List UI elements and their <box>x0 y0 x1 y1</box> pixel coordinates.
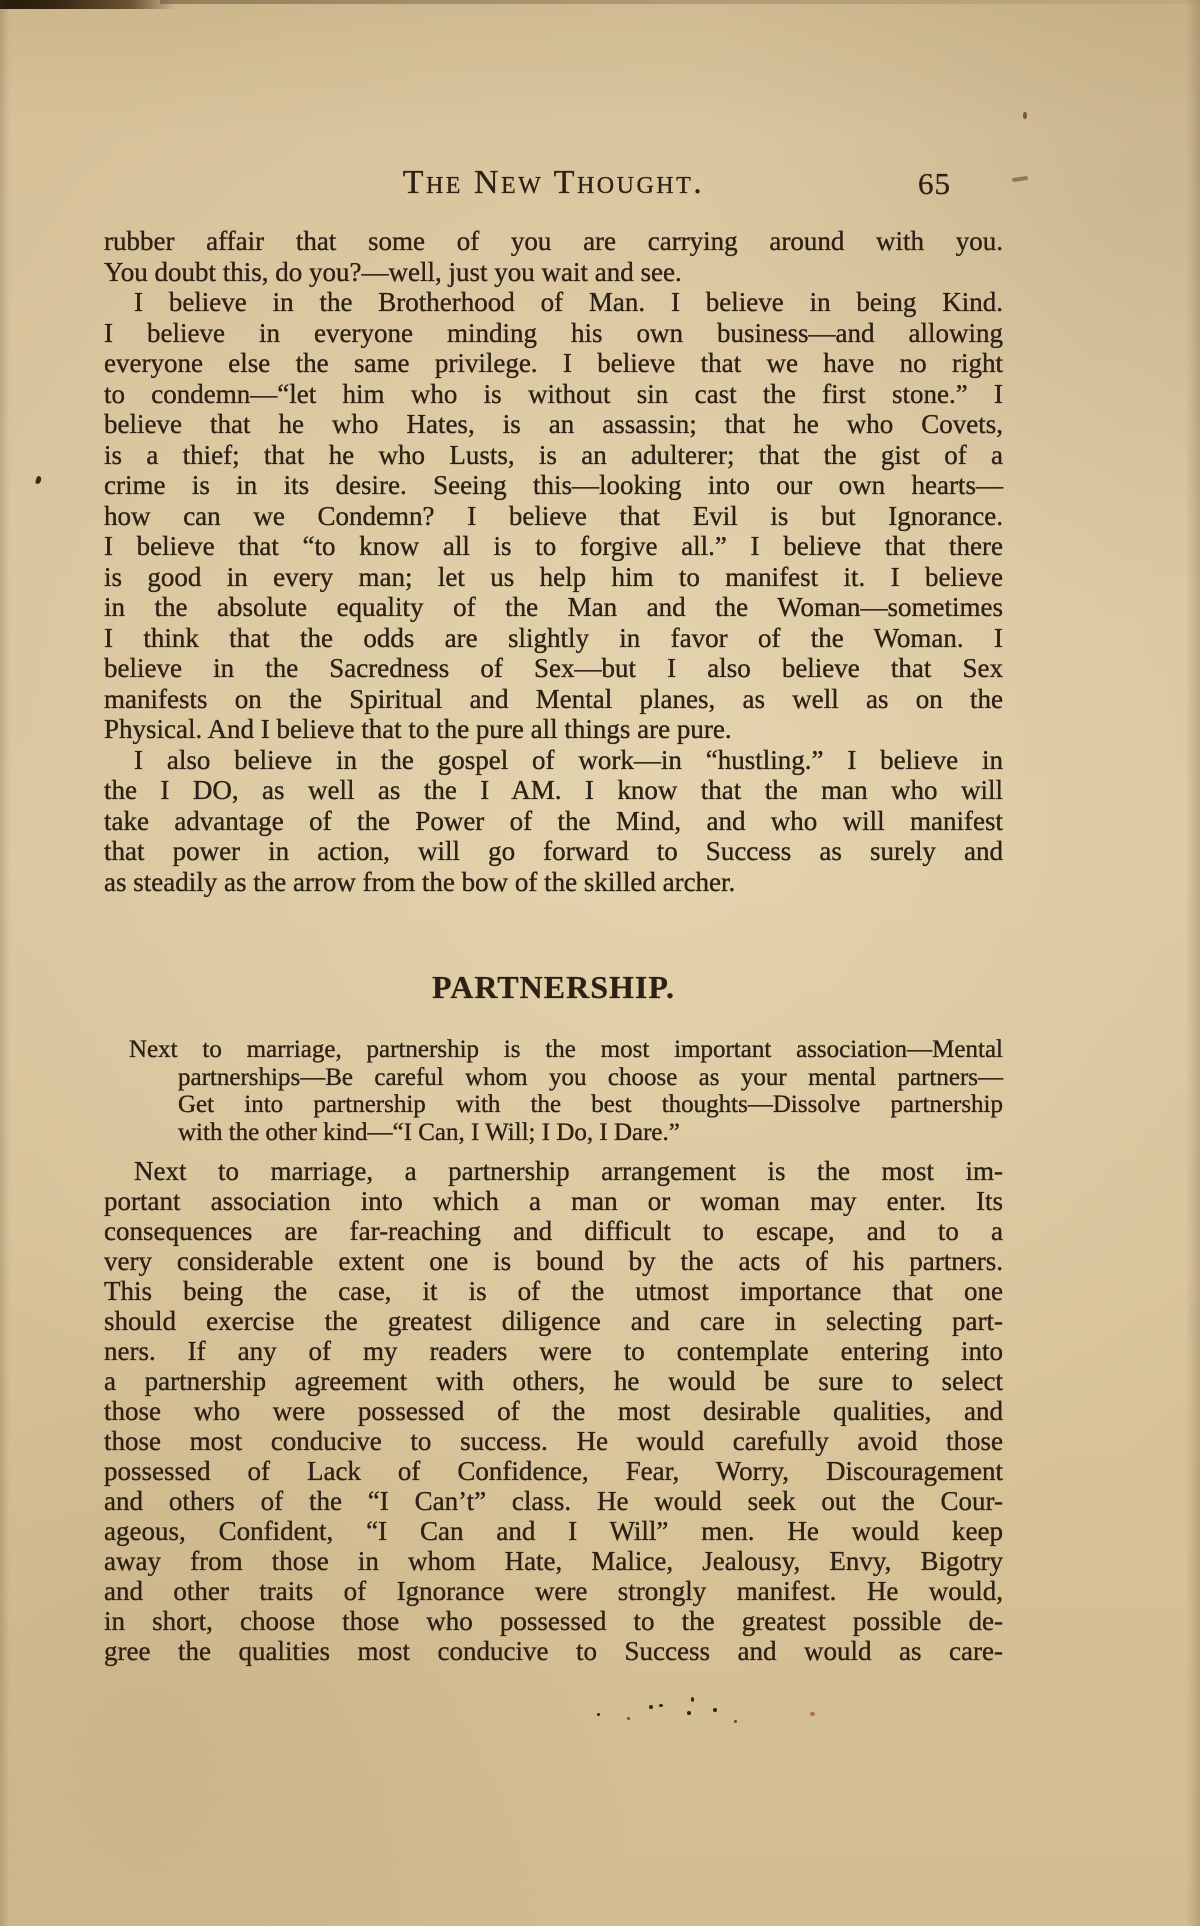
section-heading: PARTNERSHIP. <box>104 971 1003 1003</box>
scan-edge-shadow <box>1186 0 1200 1926</box>
text-line: gree the qualities most conducive to Suc… <box>104 1636 1003 1666</box>
scan-ink-speck <box>627 1717 630 1720</box>
text-line: the I DO, as well as the I AM. I know th… <box>104 775 1003 806</box>
scan-paper-fleck <box>810 1712 815 1716</box>
scan-ink-speck <box>734 1720 737 1723</box>
text-line: and other traits of Ignorance were stron… <box>104 1576 1003 1606</box>
text-line: I think that the odds are slightly in fa… <box>104 623 1003 654</box>
text-line: take advantage of the Power of the Mind,… <box>104 806 1003 837</box>
running-head-title: The New Thought. <box>104 166 1003 200</box>
text-line: You doubt this, do you?—well, just you w… <box>104 257 1003 288</box>
text-line: crime is in its desire. Seeing this—look… <box>104 470 1003 501</box>
summary-line: Next to marriage, partnership is the mos… <box>104 1036 1003 1064</box>
summary-line: partnerships—Be careful whom you choose … <box>104 1064 1003 1092</box>
text-line: that power in action, will go forward to… <box>104 836 1003 867</box>
summary-line: with the other kind—“I Can, I Will; I Do… <box>104 1119 1003 1147</box>
text-line: consequences are far-reaching and diffic… <box>104 1216 1003 1246</box>
text-line: how can we Condemn? I believe that Evil … <box>104 501 1003 532</box>
text-line: a partnership agreement with others, he … <box>104 1366 1003 1396</box>
text-line: is a thief; that he who Lusts, is an adu… <box>104 440 1003 471</box>
text-line: believe that he who Hates, is an assassi… <box>104 409 1003 440</box>
summary-line: Get into partnership with the best thoug… <box>104 1091 1003 1119</box>
text-line: Next to marriage, a partnership arrangem… <box>104 1156 1003 1186</box>
page-number: 65 <box>918 168 951 199</box>
scan-paper-fleck <box>1023 112 1027 119</box>
text-line: as steadily as the arrow from the bow of… <box>104 867 1003 898</box>
text-line: ageous, Confident, “I Can and I Will” me… <box>104 1516 1003 1546</box>
text-line: in short, choose those who possessed to … <box>104 1606 1003 1636</box>
text-line: This being the case, it is of the utmost… <box>104 1276 1003 1306</box>
scan-ink-speck <box>659 1704 663 1707</box>
text-line: to condemn—“let him who is without sin c… <box>104 379 1003 410</box>
page-header: The New Thought. 65 <box>104 166 1003 206</box>
text-line: rubber affair that some of you are carry… <box>104 226 1003 257</box>
scan-edge-artifact <box>0 0 175 9</box>
paragraph-partnership: Next to marriage, a partnership arrangem… <box>104 1156 1003 1666</box>
text-line: everyone else the same privilege. I beli… <box>104 348 1003 379</box>
paragraph-belief: rubber affair that some of you are carry… <box>104 226 1003 897</box>
text-line: away from those in whom Hate, Malice, Je… <box>104 1546 1003 1576</box>
text-line: believe in the Sacredness of Sex—but I a… <box>104 653 1003 684</box>
text-line: those most conducive to success. He woul… <box>104 1426 1003 1456</box>
text-line: I also believe in the gospel of work—in … <box>104 745 1003 776</box>
text-line: in the absolute equality of the Man and … <box>104 592 1003 623</box>
scan-ink-speck <box>35 476 42 485</box>
scan-smudge <box>1012 176 1028 182</box>
text-line: and others of the “I Can’t” class. He wo… <box>104 1486 1003 1516</box>
chapter-summary: Next to marriage, partnership is the mos… <box>104 1036 1003 1146</box>
text-line: is good in every man; let us help him to… <box>104 562 1003 593</box>
scan-ink-speck <box>713 1708 717 1712</box>
text-line: portant association into which a man or … <box>104 1186 1003 1216</box>
scan-ink-speck <box>691 1697 694 1702</box>
book-page-scan: The New Thought. 65 rubber affair that s… <box>0 0 1200 1926</box>
text-line: those who were possessed of the most des… <box>104 1396 1003 1426</box>
text-line: Physical. And I believe that to the pure… <box>104 714 1003 745</box>
text-line: I believe in everyone minding his own bu… <box>104 318 1003 349</box>
text-line: manifests on the Spiritual and Mental pl… <box>104 684 1003 715</box>
text-line: very considerable extent one is bound by… <box>104 1246 1003 1276</box>
scan-ink-speck <box>687 1711 691 1715</box>
text-line: possessed of Lack of Confidence, Fear, W… <box>104 1456 1003 1486</box>
text-line: should exercise the greatest diligence a… <box>104 1306 1003 1336</box>
scan-ink-speck <box>597 1713 600 1716</box>
scan-edge-artifact <box>160 0 1200 4</box>
scan-edge-shadow <box>0 0 10 1926</box>
scan-ink-speck <box>649 1705 653 1709</box>
text-line: I believe that “to know all is to forgiv… <box>104 531 1003 562</box>
text-line: I believe in the Brotherhood of Man. I b… <box>104 287 1003 318</box>
text-line: ners. If any of my readers were to conte… <box>104 1336 1003 1366</box>
